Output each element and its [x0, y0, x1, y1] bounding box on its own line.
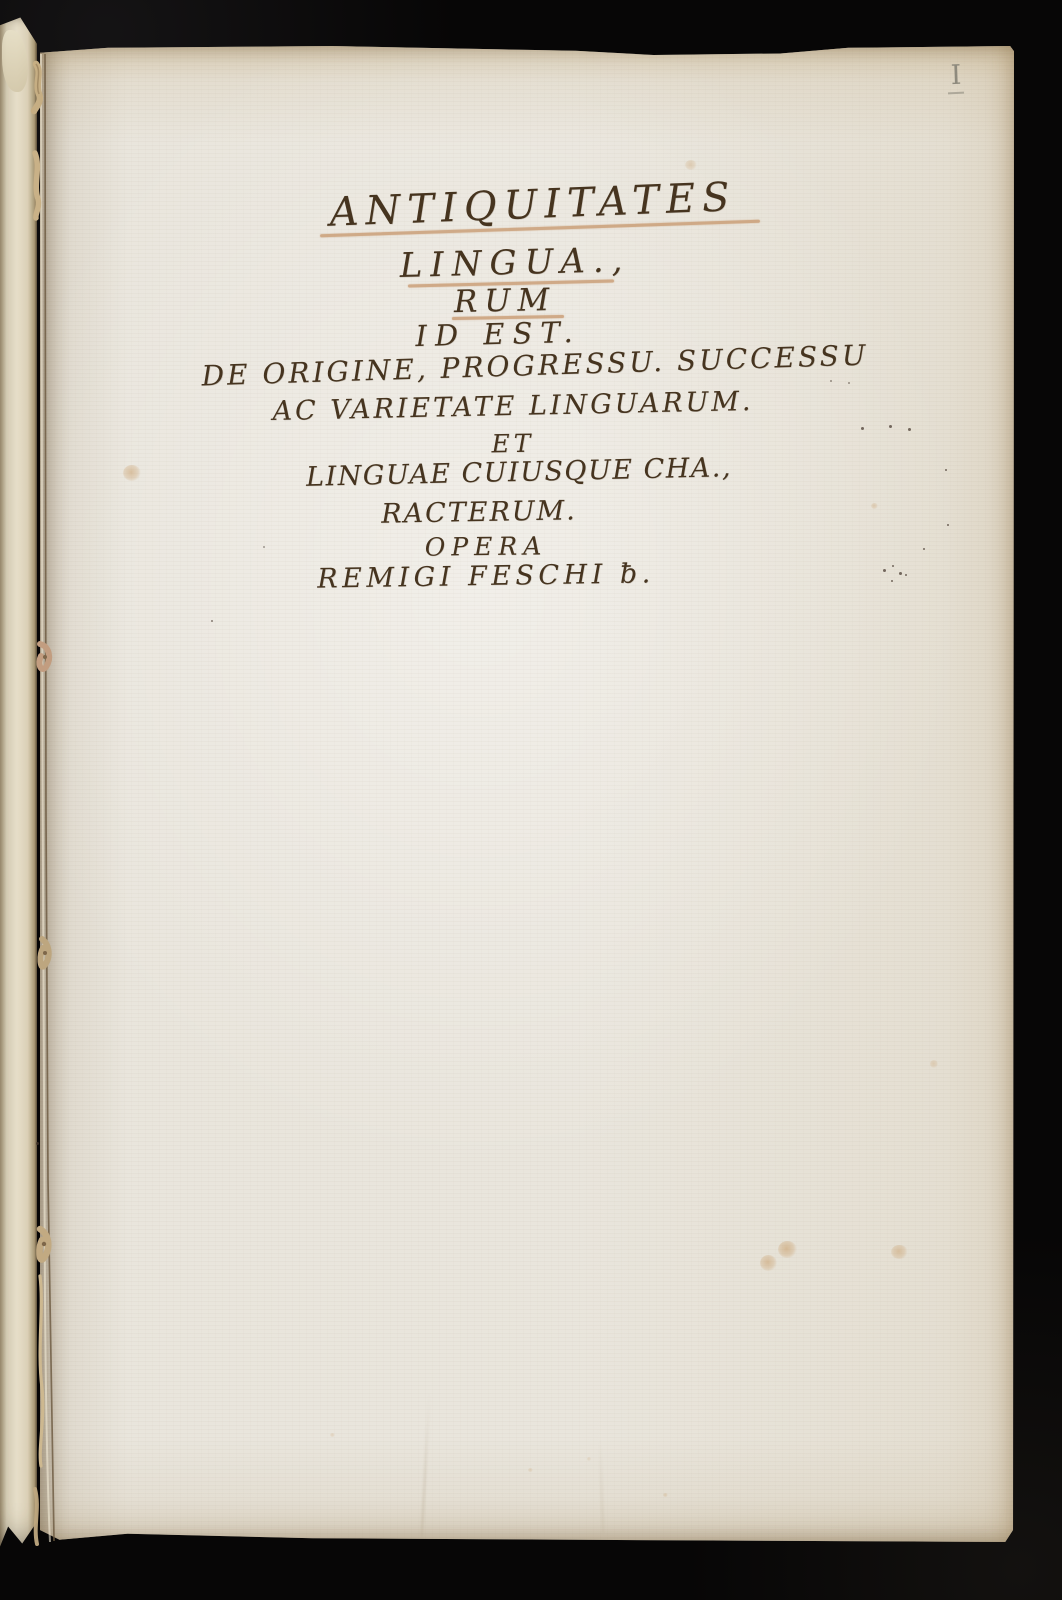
paper-fold-highlight	[2, 30, 28, 92]
ink-speck	[848, 382, 850, 384]
foxing-stain	[123, 465, 141, 481]
ink-speck	[899, 572, 902, 575]
ink-speck	[830, 380, 832, 382]
foxing-stain	[330, 1433, 335, 1437]
foxing-stain	[663, 1493, 668, 1497]
ink-speck	[923, 548, 925, 550]
ink-speck	[892, 565, 894, 567]
ink-speck	[861, 427, 864, 430]
ink-speck	[889, 425, 892, 428]
ink-speck	[908, 428, 911, 431]
ink-speck	[947, 524, 949, 526]
foxing-stain	[587, 1457, 591, 1461]
folio-number-underline	[948, 92, 964, 95]
foxing-stain	[871, 503, 878, 509]
folio-number-pencil: I	[940, 59, 971, 91]
paper-wrinkle	[420, 1390, 431, 1538]
foxing-stain	[778, 1241, 797, 1258]
ink-speck	[36, 1142, 39, 1145]
ink-speck	[945, 469, 947, 471]
photo-backdrop: I ANTIQUITATES LINGUA., RUM ID EST. DE O…	[0, 0, 1062, 1600]
paper-wrinkle	[598, 1434, 604, 1534]
ink-speck	[891, 580, 893, 582]
ink-speck	[211, 620, 213, 622]
ink-speck	[905, 574, 907, 576]
ink-speck	[263, 546, 265, 548]
manuscript-page: I ANTIQUITATES LINGUA., RUM ID EST. DE O…	[40, 46, 1014, 1542]
facing-page-fore-edge	[0, 16, 37, 1562]
foxing-stain	[685, 160, 697, 170]
foxing-stain	[930, 1060, 938, 1068]
foxing-stain	[891, 1245, 908, 1259]
foxing-stain	[528, 1468, 533, 1472]
ink-speck	[883, 569, 886, 572]
foxing-stain	[760, 1255, 777, 1271]
